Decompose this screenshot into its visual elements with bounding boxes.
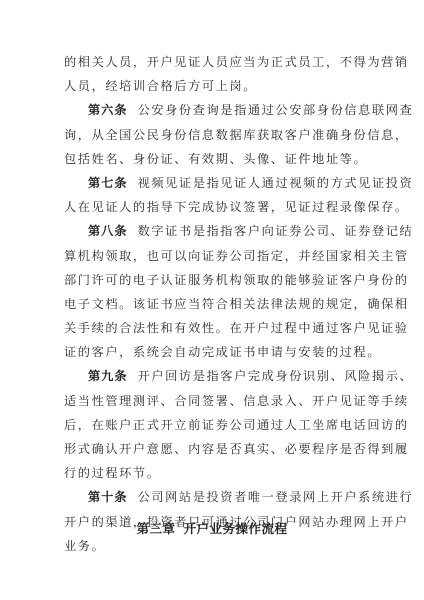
chapter-title: 开户业务操作流程	[184, 521, 288, 536]
text-line: 关手续的合法性和有效性。在开户过程中通过客户见证验	[64, 316, 360, 340]
document-page: 的相关人员，开户见证人员应当为正式员工，不得为营销 人员，经培训合格后方可上岗。…	[64, 50, 360, 558]
text-line: 视频见证是指见证人通过视频的方式见证投资	[138, 176, 414, 190]
text-line: 后，在账户正式开立前证券公司通过人工坐席电话回访的	[64, 413, 360, 437]
text-line: 证的客户，系统会自动完成证书申请与安装的过程。	[64, 340, 360, 364]
text-line: 人员，经培训合格后方可上岗。	[64, 74, 360, 98]
text-line: 包括姓名、身份证、有效期、头像、证件地址等。	[64, 147, 360, 171]
text-line: 人在见证人的指导下完成协议签署，见证过程录像保存。	[64, 195, 360, 219]
article-label: 第九条	[88, 369, 128, 383]
text-line: 电子文档。该证书应当符合相关法律法规的规定，确保相	[64, 292, 360, 316]
article-7: 第七条视频见证是指见证人通过视频的方式见证投资 人在见证人的指导下完成协议签署，…	[64, 171, 360, 219]
text-line: 询，从全国公民身份信息数据库获取客户准确身份信息，	[64, 123, 360, 147]
text-line: 部门许可的电子认证服务机构领取的能够验证客户身份的	[64, 268, 360, 292]
text-line: 业务。	[64, 534, 360, 558]
text-line: 数字证书是指指客户向证券公司、证券登记结	[138, 224, 414, 238]
text-line: 公安身份查询是指通过公安部身份信息联网查	[138, 103, 414, 117]
article-label: 第六条	[88, 103, 128, 117]
article-label: 第十条	[88, 490, 128, 504]
article-6: 第六条公安身份查询是指通过公安部身份信息联网查 询，从全国公民身份信息数据库获取…	[64, 98, 360, 171]
article-8: 第八条数字证书是指指客户向证券公司、证券登记结 算机构领取，也可以向证券公司指定…	[64, 219, 360, 364]
article-9: 第九条开户回访是指客户完成身份识别、风险揭示、 适当性管理测评、合同签署、信息录…	[64, 364, 360, 485]
text-line: 公司网站是投资者唯一登录网上开户系统进行	[138, 490, 414, 504]
text-line: 开户回访是指客户完成身份识别、风险揭示、	[138, 369, 414, 383]
chapter-heading: 第三章开户业务操作流程	[0, 519, 424, 537]
article-label: 第八条	[88, 224, 128, 238]
chapter-number: 第三章	[136, 521, 175, 536]
text-line: 算机构领取，也可以向证券公司指定，并经国家相关主管	[64, 244, 360, 268]
text-line: 行的过程环节。	[64, 461, 360, 485]
article-label: 第七条	[88, 176, 128, 190]
text-line: 的相关人员，开户见证人员应当为正式员工，不得为营销	[64, 50, 360, 74]
text-line: 形式确认开户意愿、内容是否真实、必要程序是否得到履	[64, 437, 360, 461]
text-line: 适当性管理测评、合同签署、信息录入、开户见证等手续	[64, 389, 360, 413]
